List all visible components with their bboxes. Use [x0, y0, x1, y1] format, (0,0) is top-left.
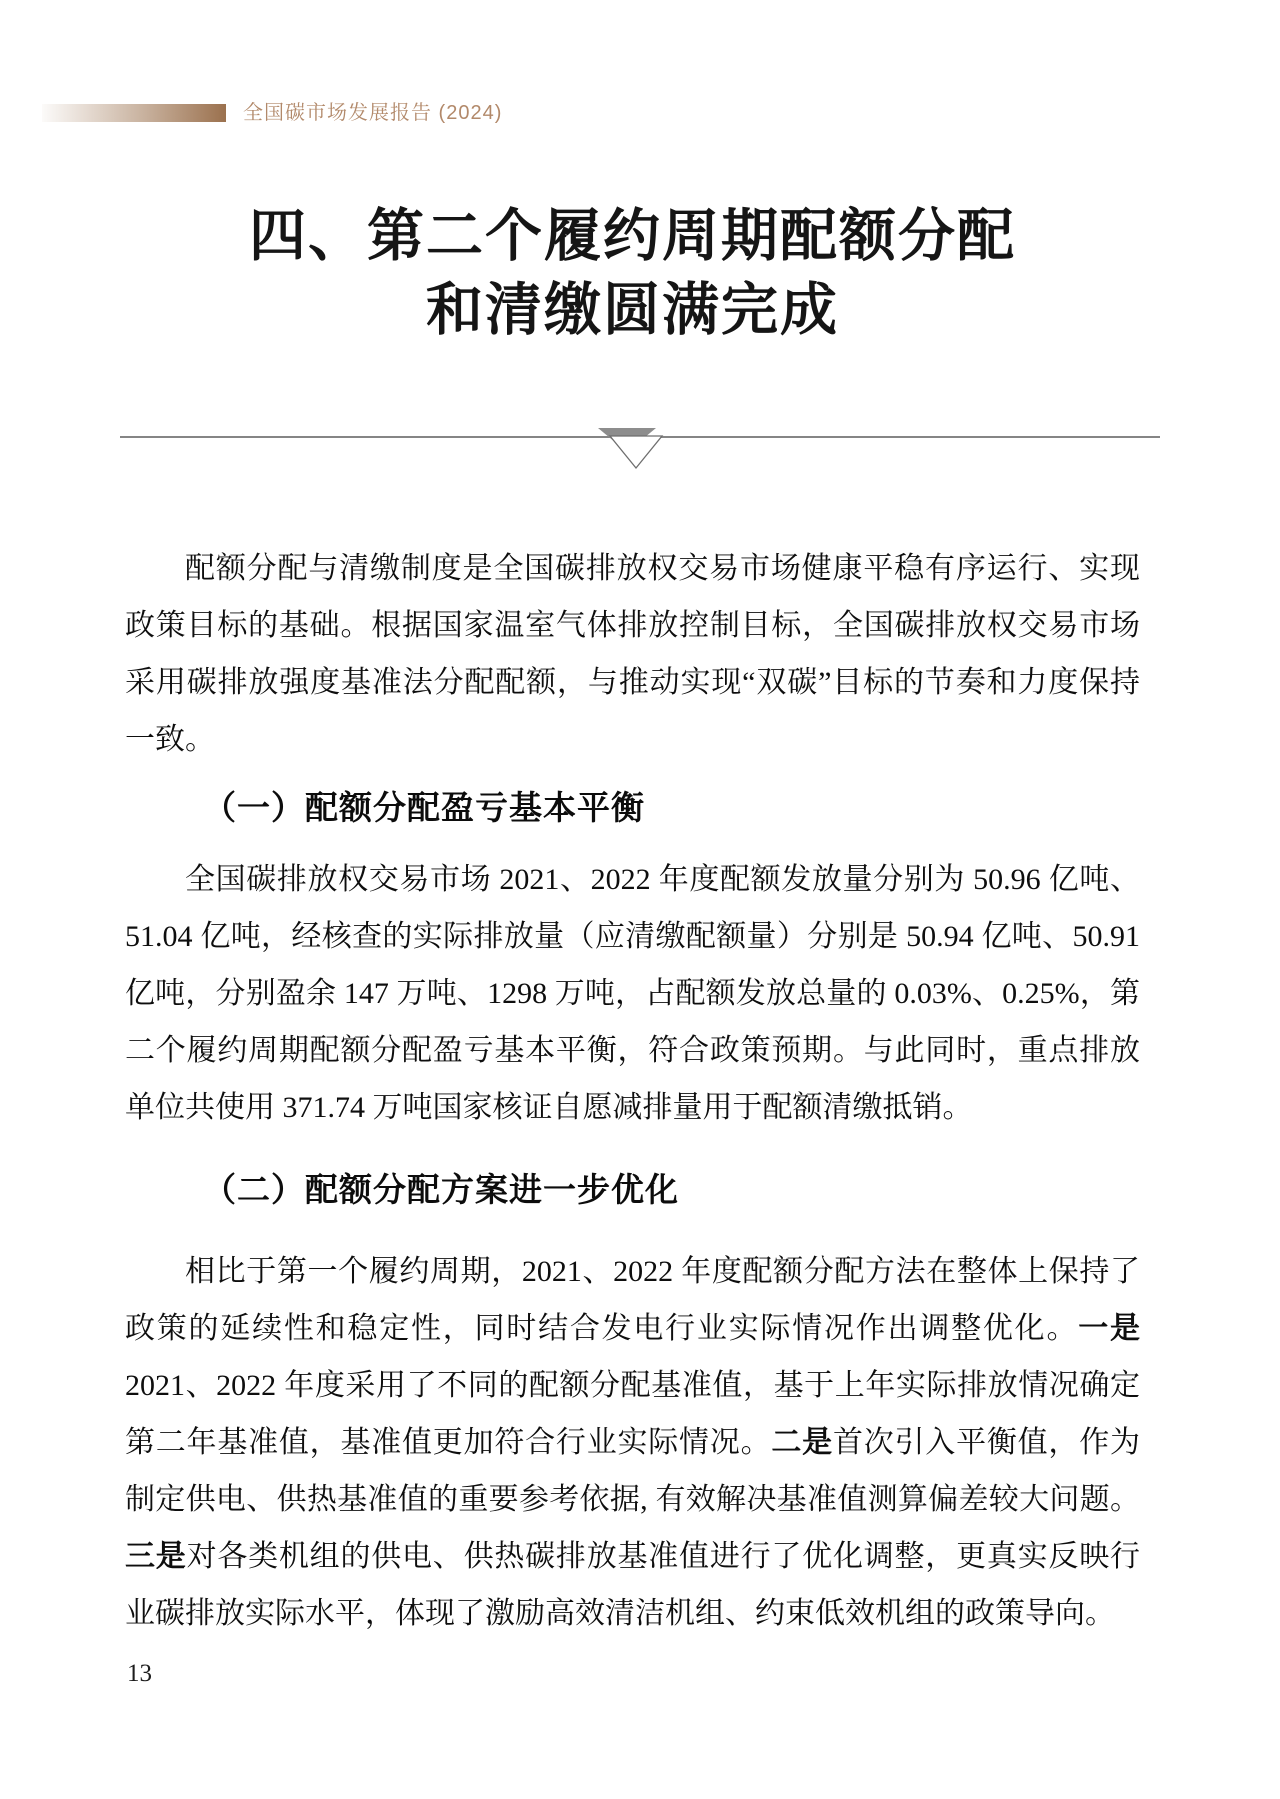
chapter-title-line1: 四、第二个履约周期配额分配 — [249, 205, 1016, 268]
section2-text: 对各类机组的供电、供热碳排放基准值进行了优化调整，更真实反映行业碳排放实际水平，… — [125, 1540, 1140, 1630]
page-number: 13 — [127, 1658, 152, 1690]
chapter-title-line2: 和清缴圆满完成 — [426, 279, 839, 342]
divider-triangle-icon — [592, 424, 670, 472]
report-header-title: 全国碳市场发展报告 (2024) — [243, 100, 502, 126]
header-accent-bar — [42, 104, 226, 122]
section1-paragraph: 全国碳排放权交易市场 2021、2022 年度配额发放量分别为 50.96 亿吨… — [125, 851, 1140, 1136]
section2-marker-1: 一是 — [1078, 1312, 1140, 1345]
section-heading-2: （二）配额分配方案进一步优化 — [203, 1170, 679, 1212]
document-page: 全国碳市场发展报告 (2024) 四、第二个履约周期配额分配和清缴圆满完成 配额… — [0, 0, 1280, 1799]
section2-marker-2: 二是 — [771, 1426, 833, 1459]
section-heading-1: （一）配额分配盈亏基本平衡 — [203, 788, 645, 830]
section2-paragraph: 相比于第一个履约周期，2021、2022 年度配额分配方法在整体上保持了政策的延… — [125, 1243, 1140, 1642]
section2-text: 相比于第一个履约周期，2021、2022 年度配额分配方法在整体上保持了政策的延… — [125, 1255, 1140, 1345]
intro-paragraph: 配额分配与清缴制度是全国碳排放权交易市场健康平稳有序运行、实现政策目标的基础。根… — [125, 540, 1140, 768]
section2-marker-3: 三是 — [125, 1540, 187, 1573]
chapter-title: 四、第二个履约周期配额分配和清缴圆满完成 — [125, 200, 1140, 348]
